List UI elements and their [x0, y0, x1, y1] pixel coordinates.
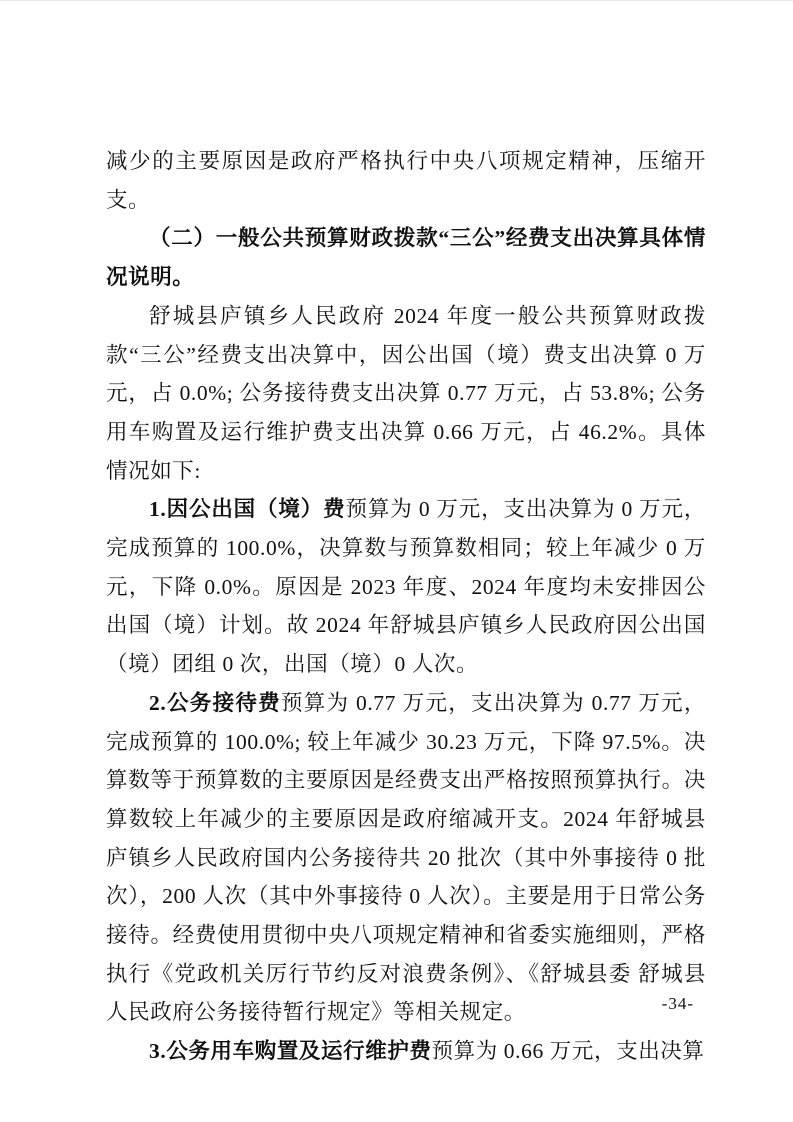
item-1-text: 预算为 0 万元，支出决算为 0 万元，完成预算的 100.0%，决算数与预算数…	[106, 497, 706, 676]
item-2-text: 预算为 0.77 万元，支出决算为 0.77 万元，完成预算的 100.0%; …	[106, 691, 706, 1025]
page-number: -34-	[662, 994, 694, 1014]
item-3-text: 预算为 0.66 万元，支出决算	[432, 1039, 705, 1063]
paragraph-continuation: 减少的主要原因是政府严格执行中央八项规定精神，压缩开支。	[106, 142, 706, 219]
item-1-label: 1.因公出国（境）费	[149, 497, 346, 521]
item-3-label: 3.公务用车购置及运行维护费	[149, 1039, 432, 1063]
paragraph-item-2: 2.公务接待费预算为 0.77 万元，支出决算为 0.77 万元，完成预算的 1…	[106, 684, 706, 1032]
paragraph-overview: 舒城县庐镇乡人民政府 2024 年度一般公共预算财政拨款“三公”经费支出决算中，…	[106, 297, 706, 491]
section-heading: （二）一般公共预算财政拨款“三公”经费支出决算具体情况说明。	[106, 219, 706, 296]
document-page: 减少的主要原因是政府严格执行中央八项规定精神，压缩开支。 （二）一般公共预算财政…	[0, 0, 793, 1122]
document-body: 减少的主要原因是政府严格执行中央八项规定精神，压缩开支。 （二）一般公共预算财政…	[106, 142, 706, 1071]
paragraph-item-3: 3.公务用车购置及运行维护费预算为 0.66 万元，支出决算	[106, 1032, 706, 1071]
paragraph-item-1: 1.因公出国（境）费预算为 0 万元，支出决算为 0 万元，完成预算的 100.…	[106, 490, 706, 684]
item-2-label: 2.公务接待费	[149, 691, 281, 715]
